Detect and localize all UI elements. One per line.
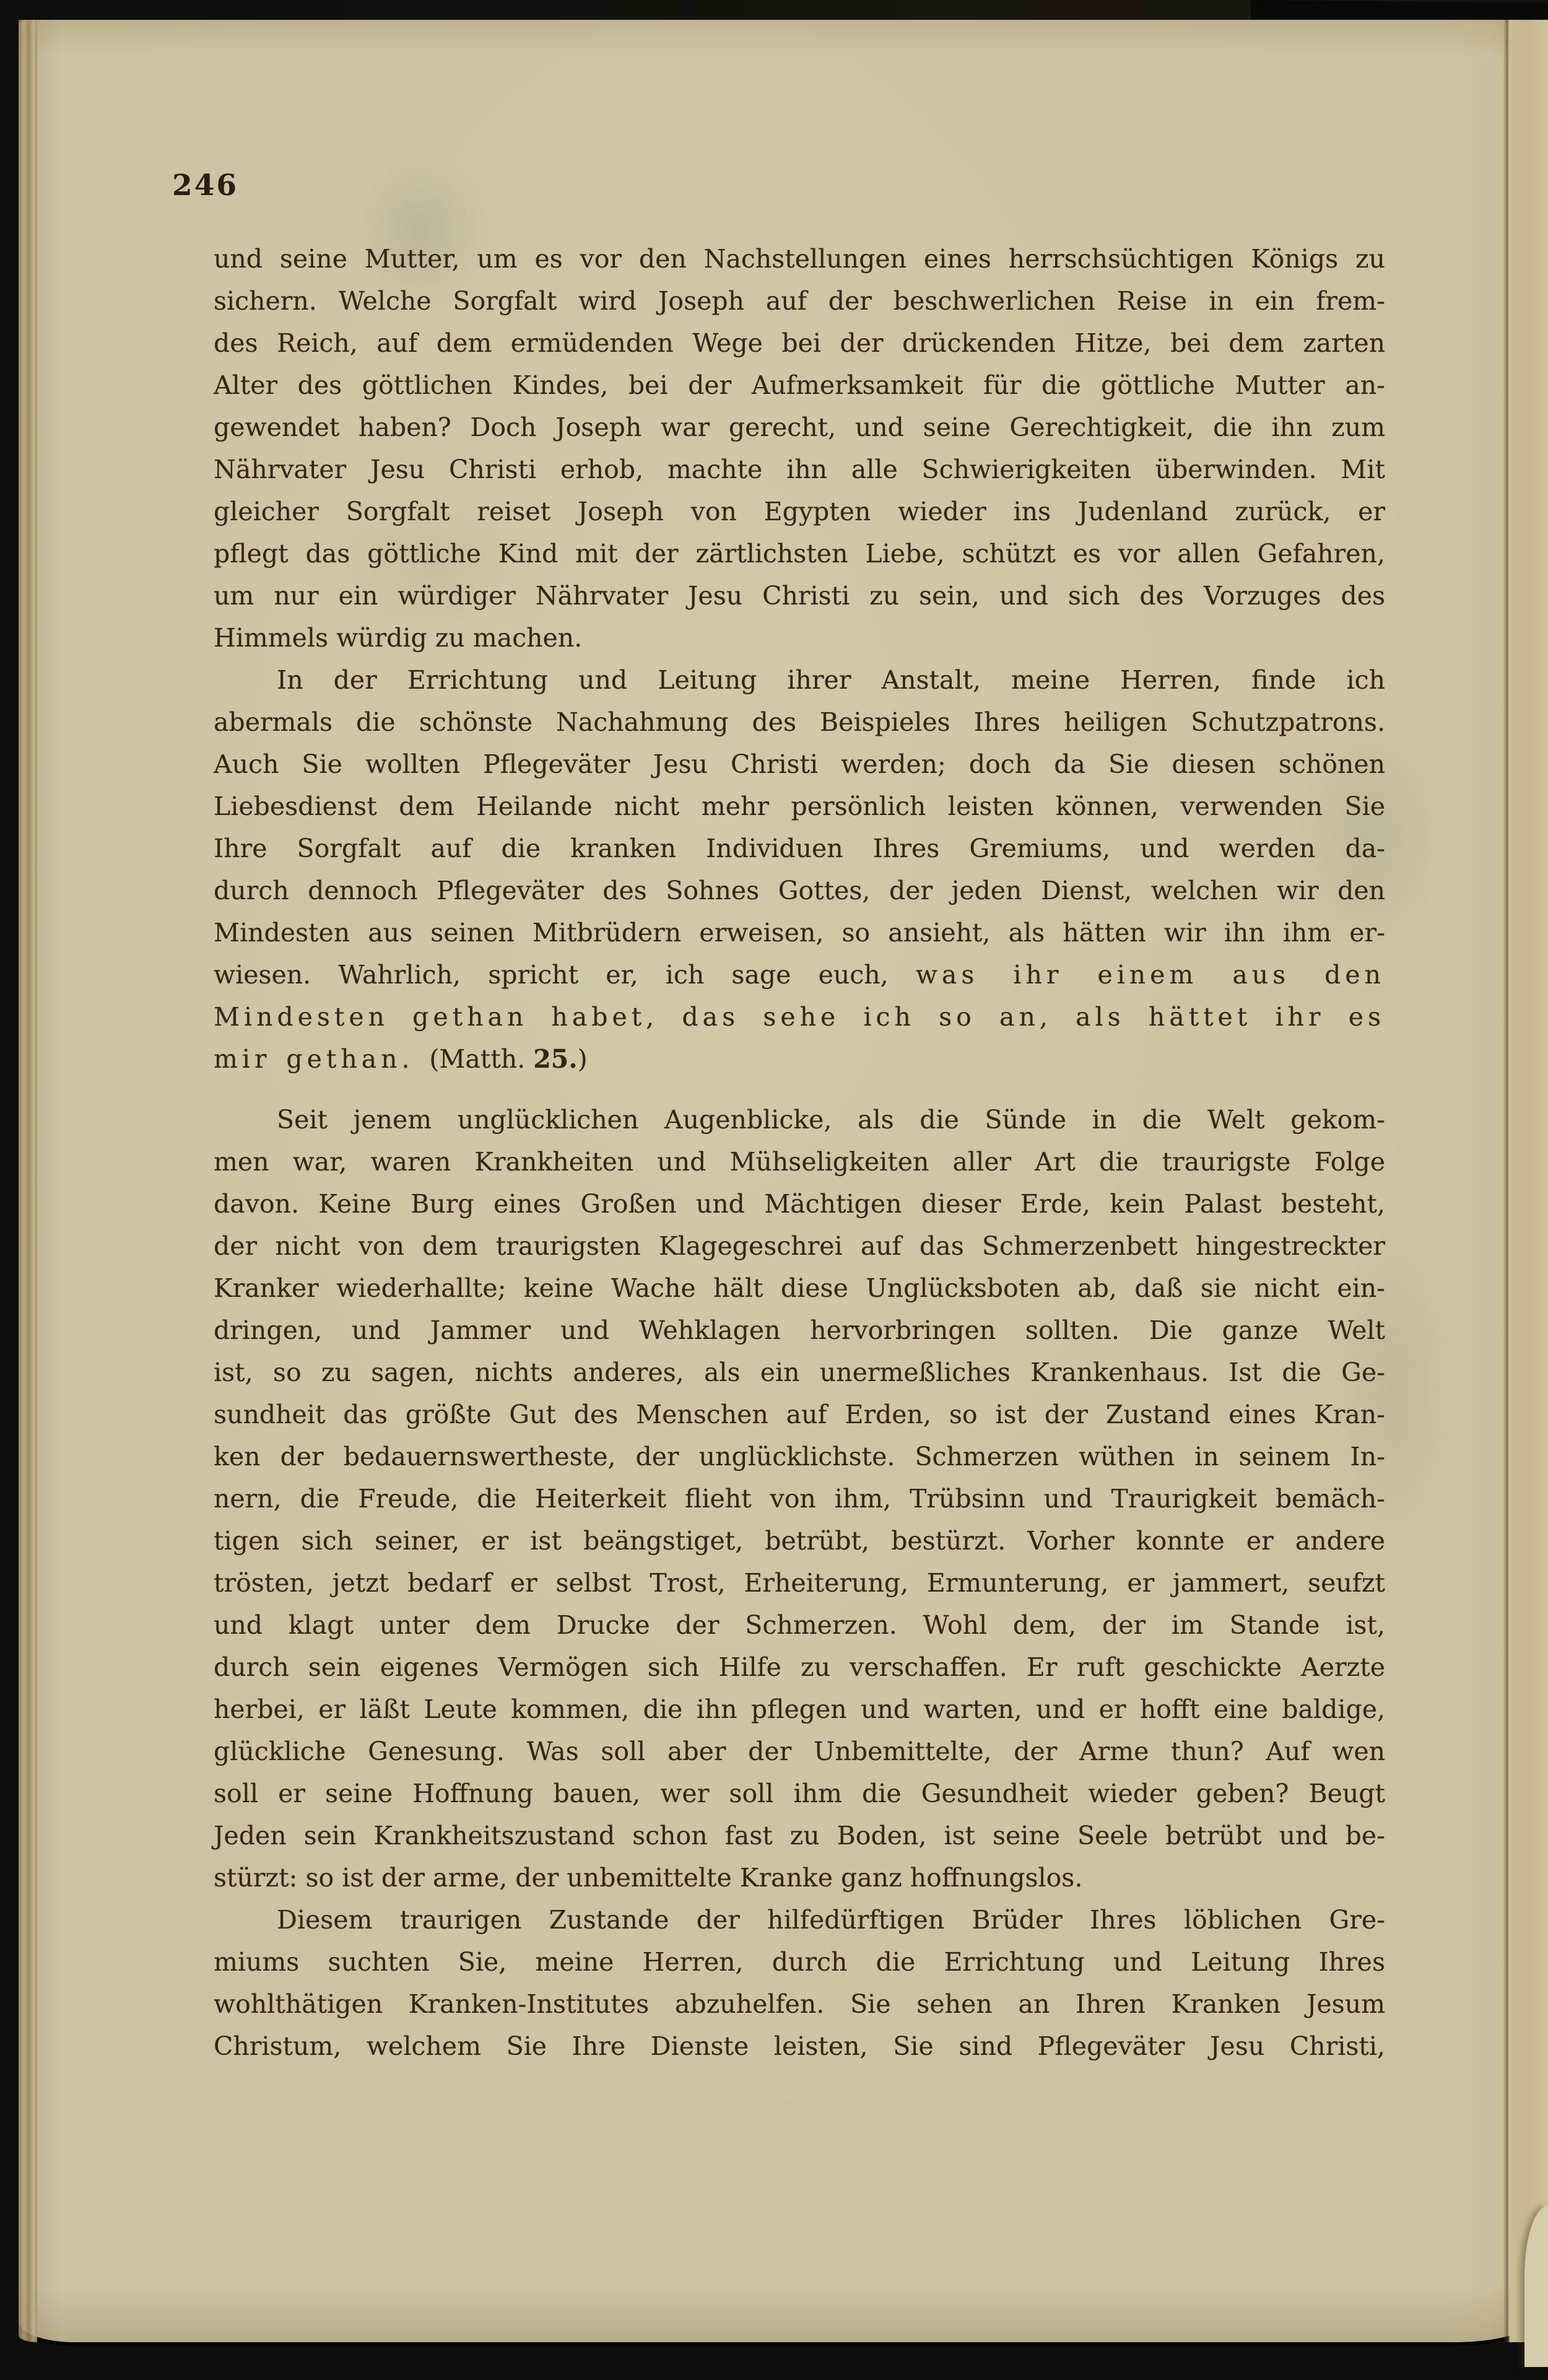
text-segment: und klagt unter dem Drucke der Schmerzen… <box>214 1610 1385 1640</box>
text-segment: herbei, er läßt Leute kommen, die ihn pf… <box>214 1694 1385 1724</box>
text-segment: stürzt: so ist der arme, der unbemittelt… <box>214 1863 1082 1893</box>
text-block: und seine Mutter, um es vor den Nachstel… <box>214 238 1385 2067</box>
text-line: sichern. Welche Sorgfalt wird Joseph auf… <box>214 280 1385 322</box>
text-line: der nicht von dem traurigsten Klagegesch… <box>214 1225 1385 1267</box>
text-segment: trösten, jetzt bedarf er selbst Trost, E… <box>214 1568 1385 1598</box>
text-line: davon. Keine Burg eines Großen und Mächt… <box>214 1183 1385 1225</box>
text-segment: Nährvater Jesu Christi erhob, machte ihn… <box>214 455 1385 484</box>
text-segment: men war, waren Krankheiten und Mühseligk… <box>214 1147 1385 1177</box>
text-line: Ihre Sorgfalt auf die kranken Individuen… <box>214 827 1385 870</box>
text-segment: um nur ein würdiger Nährvater Jesu Chris… <box>214 581 1385 611</box>
text-line: Seit jenem unglücklichen Augenblicke, al… <box>214 1099 1385 1141</box>
text-line: soll er seine Hoffnung bauen, wer soll i… <box>214 1772 1385 1815</box>
text-segment: In der Errichtung und Leitung ihrer Anst… <box>277 665 1385 695</box>
text-segment: der nicht von dem traurigsten Klagegesch… <box>214 1231 1385 1261</box>
text-segment: des Reich, auf dem ermüdenden Wege bei d… <box>214 328 1385 358</box>
text-segment: was ihr einem aus den <box>916 960 1385 990</box>
text-segment: Diesem traurigen Zustande der hilfedürft… <box>277 1905 1385 1935</box>
text-line: nern, die Freude, die Heiterkeit flieht … <box>214 1478 1385 1520</box>
text-line: des Reich, auf dem ermüdenden Wege bei d… <box>214 322 1385 364</box>
gutter-crease <box>1503 20 1510 2342</box>
text-segment: tigen sich seiner, er ist beängstiget, b… <box>214 1526 1385 1556</box>
text-segment: mir gethan. <box>214 1044 429 1074</box>
text-line: wiesen. Wahrlich, spricht er, ich sage e… <box>214 954 1385 996</box>
text-line: trösten, jetzt bedarf er selbst Trost, E… <box>214 1562 1385 1604</box>
text-segment: Jeden sein Krankheitszustand schon fast … <box>214 1821 1385 1850</box>
text-segment: Mindesten gethan habet, das sehe ich so … <box>214 1002 1385 1032</box>
text-line: Mindesten gethan habet, das sehe ich so … <box>214 996 1385 1038</box>
text-line: wohlthätigen Kranken-Institutes abzuhelf… <box>214 1983 1385 2025</box>
text-line: Himmels würdig zu machen. <box>214 617 1385 659</box>
text-line: men war, waren Krankheiten und Mühseligk… <box>214 1141 1385 1183</box>
text-line: Liebesdienst dem Heilande nicht mehr per… <box>214 785 1385 827</box>
text-segment: ) <box>578 1044 588 1074</box>
text-line: Alter des göttlichen Kindes, bei der Auf… <box>214 364 1385 406</box>
text-line: tigen sich seiner, er ist beängstiget, b… <box>214 1520 1385 1562</box>
text-segment: glückliche Genesung. Was soll aber der U… <box>214 1737 1385 1766</box>
text-line: und seine Mutter, um es vor den Nachstel… <box>214 238 1385 280</box>
text-segment: ist, so zu sagen, nichts anderes, als ei… <box>214 1358 1385 1387</box>
text-segment: wohlthätigen Kranken-Institutes abzuhelf… <box>214 1989 1385 2019</box>
text-segment: sundheit das größte Gut des Menschen auf… <box>214 1400 1385 1429</box>
text-line: Jeden sein Krankheitszustand schon fast … <box>214 1815 1385 1857</box>
text-segment: Himmels würdig zu machen. <box>214 623 582 653</box>
text-segment: durch sein eigenes Vermögen sich Hilfe z… <box>214 1652 1385 1682</box>
text-line: mir gethan. (Matth. 25.) <box>214 1038 1385 1080</box>
text-segment: 25. <box>533 1044 577 1074</box>
text-line: ist, so zu sagen, nichts anderes, als ei… <box>214 1351 1385 1393</box>
text-line: Nährvater Jesu Christi erhob, machte ihn… <box>214 448 1385 490</box>
text-segment: nern, die Freude, die Heiterkeit flieht … <box>214 1484 1385 1514</box>
text-line: pflegt das göttliche Kind mit der zärtli… <box>214 533 1385 575</box>
text-segment: miums suchten Sie, meine Herren, durch d… <box>214 1947 1385 1977</box>
text-segment: sichern. Welche Sorgfalt wird Joseph auf… <box>214 286 1385 316</box>
text-segment: Kranker wiederhallte; keine Wache hält d… <box>214 1273 1385 1303</box>
page-left-edge-stack <box>19 20 37 2342</box>
text-line: glückliche Genesung. Was soll aber der U… <box>214 1730 1385 1772</box>
text-line: miums suchten Sie, meine Herren, durch d… <box>214 1941 1385 1983</box>
text-segment: (Matth. <box>429 1044 533 1074</box>
text-line: Kranker wiederhallte; keine Wache hält d… <box>214 1267 1385 1309</box>
text-line: um nur ein würdiger Nährvater Jesu Chris… <box>214 575 1385 617</box>
text-segment: dringen, und Jammer und Wehklagen hervor… <box>214 1315 1385 1345</box>
paragraph-4: Diesem traurigen Zustande der hilfedürft… <box>214 1899 1385 2067</box>
text-line: Diesem traurigen Zustande der hilfedürft… <box>214 1899 1385 1941</box>
text-line: ken der bedauernswertheste, der unglückl… <box>214 1436 1385 1478</box>
text-line: Mindesten aus seinen Mitbrüdern erweisen… <box>214 912 1385 954</box>
text-line: durch dennoch Pflegeväter des Sohnes Got… <box>214 870 1385 912</box>
paragraph-3: Seit jenem unglücklichen Augenblicke, al… <box>214 1099 1385 1899</box>
text-segment: ken der bedauernswertheste, der unglückl… <box>214 1442 1385 1471</box>
text-line: durch sein eigenes Vermögen sich Hilfe z… <box>214 1646 1385 1688</box>
text-segment: und seine Mutter, um es vor den Nachstel… <box>214 244 1385 274</box>
text-segment: durch dennoch Pflegeväter des Sohnes Got… <box>214 876 1385 905</box>
text-segment: abermals die schönste Nachahmung des Bei… <box>214 707 1385 737</box>
text-segment: Seit jenem unglücklichen Augenblicke, al… <box>277 1105 1385 1135</box>
paragraph-2: In der Errichtung und Leitung ihrer Anst… <box>214 659 1385 1080</box>
text-line: dringen, und Jammer und Wehklagen hervor… <box>214 1309 1385 1351</box>
text-segment: pflegt das göttliche Kind mit der zärtli… <box>214 539 1385 569</box>
text-line: In der Errichtung und Leitung ihrer Anst… <box>214 659 1385 701</box>
text-line: Christum, welchem Sie Ihre Dienste leist… <box>214 2025 1385 2067</box>
paragraph-1: und seine Mutter, um es vor den Nachstel… <box>214 238 1385 659</box>
text-segment: soll er seine Hoffnung bauen, wer soll i… <box>214 1779 1385 1808</box>
text-line: stürzt: so ist der arme, der unbemittelt… <box>214 1857 1385 1899</box>
text-segment: Ihre Sorgfalt auf die kranken Individuen… <box>214 834 1385 863</box>
text-segment: Mindesten aus seinen Mitbrüdern erweisen… <box>214 918 1385 948</box>
text-line: gewendet haben? Doch Joseph war gerecht,… <box>214 406 1385 448</box>
gutter-adjacent-page <box>1510 20 1548 2342</box>
text-line: und klagt unter dem Drucke der Schmerzen… <box>214 1604 1385 1646</box>
text-line: Auch Sie wollten Pflegeväter Jesu Christ… <box>214 743 1385 785</box>
text-segment: Christum, welchem Sie Ihre Dienste leist… <box>214 2031 1385 2061</box>
text-line: herbei, er läßt Leute kommen, die ihn pf… <box>214 1688 1385 1730</box>
text-line: abermals die schönste Nachahmung des Bei… <box>214 701 1385 743</box>
text-line: gleicher Sorgfalt reiset Joseph von Egyp… <box>214 490 1385 533</box>
text-segment: wiesen. Wahrlich, spricht er, ich sage e… <box>214 960 916 990</box>
book-page: 246 und seine Mutter, um es vor den Nach… <box>19 20 1548 2342</box>
page-number: 246 <box>172 168 238 203</box>
text-segment: Liebesdienst dem Heilande nicht mehr per… <box>214 791 1385 821</box>
text-line: sundheit das größte Gut des Menschen auf… <box>214 1393 1385 1436</box>
text-segment: Alter des göttlichen Kindes, bei der Auf… <box>214 370 1385 400</box>
text-segment: davon. Keine Burg eines Großen und Mächt… <box>214 1189 1385 1219</box>
text-segment: gleicher Sorgfalt reiset Joseph von Egyp… <box>214 497 1385 526</box>
text-segment: Auch Sie wollten Pflegeväter Jesu Christ… <box>214 749 1385 779</box>
text-segment: gewendet haben? Doch Joseph war gerecht,… <box>214 412 1385 442</box>
